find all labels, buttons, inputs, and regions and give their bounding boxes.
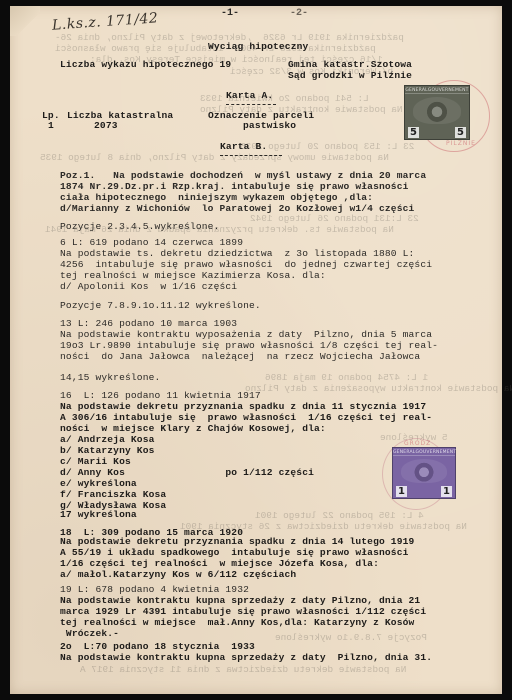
entry-line: Na podstawie kontraktu kupna sprzedaży z… [60, 595, 420, 606]
entry-line: A 55/19 i układu spadkowego intabuluje s… [60, 547, 409, 558]
corner-fold [10, 6, 40, 36]
entry-line: Na podstawie kontraktu wyposażenia z dat… [60, 329, 432, 340]
entry-line: 6 L: 619 podano 14 czerwca 1899 [60, 237, 243, 248]
cadastral-municipality: Gmina katastr.Szotowa [288, 59, 412, 70]
bleed-through-text: Na podstawie kontraktu wyposażenia z dat… [245, 383, 512, 394]
entry-line: 1874 Nr.29.Dz.pr.i Rzp.kraj. intabuluje … [60, 181, 409, 192]
karta-a-row-liczba: 2073 [94, 120, 118, 131]
entry-line: 19o3 Lr.9890 intabuluje się prawo własno… [60, 340, 438, 351]
stamp-value-right: 5 [455, 127, 466, 138]
entry-line: d/ Apolonii Kos w 1/16 części [60, 281, 237, 292]
mortgage-register-number: Liczba wykazu hipotecznego 19 [60, 59, 231, 70]
stamp-label: GENERALGOUVERNEMENT [405, 86, 469, 94]
district-court: Sąd grodzki w Pilźnie [288, 70, 412, 81]
karta-a-heading: Karta A. [226, 90, 273, 101]
revenue-stamp-1: GENERALGOUVERNEMENT 1 1 [392, 447, 456, 499]
bleed-through-text: Na podstawie dekretu dziedzictwa z dnia … [80, 664, 406, 675]
karta-b-underline [220, 155, 282, 156]
karta-a-underline [226, 104, 276, 105]
entry-line: Na podstawie dekretu przyznania spadku z… [60, 536, 414, 547]
entry-line: tej realności w miejsce mał.Anny Kos,dla… [60, 617, 414, 628]
entry-line: tej realności w miejsce Kazimierza Kosa.… [60, 270, 326, 281]
entry-poz-7-12: Pozycje 7.8.9.1o.11.12 wykreślone. [60, 300, 261, 311]
entry-line: e/ wykreślona [60, 478, 137, 489]
karta-a-col-liczba: Liczba katastralna [67, 110, 173, 121]
document-title: Wyciąg hipoteczny [208, 41, 308, 52]
stamp-value-left: 1 [396, 486, 407, 497]
entry-line: ności do Jana Jałowca należącej na rzecz… [60, 351, 420, 362]
entry-line: Na podstawie ts. dekretu dziedzictwa z 3… [60, 248, 414, 259]
entry-line: 1/16 części tej realności w miejsce Józe… [60, 558, 379, 569]
court-seal-text-2: GRODZ [404, 440, 431, 447]
entry-line: c/ Marii Kos [60, 456, 131, 467]
entry-line: 19 L: 678 podano 4 kwietnia 1932 [60, 584, 249, 595]
entry-line: a/ małol.Katarzyny Kos w 6/112 częściach [60, 569, 296, 580]
bleed-through-text: Na podstawie umowy sprzedaży z daty Pilz… [40, 152, 389, 163]
entry-poz-2-5: Pozycje 2.3.4.5.wykreślone. [60, 221, 220, 232]
entry-line: Na podstawie kontraktu kupna sprzedaży z… [60, 652, 432, 663]
entry-line: f/ Franciszka Kosa [60, 489, 166, 500]
entry-line: 2o L:70 podano 18 stycznia 1933 [60, 641, 255, 652]
stamp-label: GENERALGOUVERNEMENT [393, 448, 455, 456]
bleed-through-text: 4 L: 195 podano 22 lutego 1901 [255, 510, 424, 521]
court-seal-text: PILŹNIE [446, 140, 476, 147]
entry-line: d/Marianny z Wichoniów lo Paratowej 2o K… [60, 203, 414, 214]
page-number-2: -2- [290, 8, 308, 19]
entry-line: Wróczek.- [60, 628, 119, 639]
revenue-stamp-5: GENERALGOUVERNEMENT 5 5 [404, 85, 470, 140]
entry-line: d/ Anny Kos po 1/112 części [60, 467, 314, 478]
entry-poz-17: 17 wykreślona [60, 509, 137, 520]
stamp-emblem-icon [413, 97, 461, 124]
stamp-denomination: 5 5 [405, 127, 469, 139]
entry-line: Poz.1. Na podstawie dochodzeń w myśl ust… [60, 170, 426, 181]
entry-poz-14-15: 14,15 wykreślone. [60, 372, 160, 383]
entry-line: 4256 intabuluje się prawo własności do j… [60, 259, 432, 270]
stamp-value-left: 5 [408, 127, 419, 138]
karta-a-row-oznaczenie: pastwisko [243, 120, 296, 131]
entry-line: b/ Katarzyny Kos [60, 445, 155, 456]
bleed-through-text: Pozycje 7.8.9.1o wykreślone [275, 632, 427, 643]
entry-line: ności w miejsce Klary z Chajów Kosowej, … [60, 423, 326, 434]
entry-line: A 306/16 intabuluje się prawo własności … [60, 412, 432, 423]
karta-b-heading: Karta B. [220, 141, 267, 152]
stamp-value-right: 1 [441, 486, 452, 497]
entry-line: 13 L: 246 podano 10 marca 1903 [60, 318, 237, 329]
entry-line: 16 L: 126 podano 11 kwietnia 1917 [60, 390, 261, 401]
karta-a-row-lp: 1 [48, 120, 54, 131]
page-number-1: -1- [221, 8, 239, 19]
bleed-through-text: 23 L:131 podano 26 lutego 1942 [250, 213, 419, 224]
stamp-emblem-icon [401, 459, 447, 483]
entry-line: marca 1929 Lr 4391 intabuluje się prawo … [60, 606, 426, 617]
stamp-denomination: 1 1 [393, 486, 455, 498]
entry-line: Na podstawie dekretu przyznania spadku z… [60, 401, 426, 412]
entry-line: ciała hipotecznego niniejszym wykazem ob… [60, 192, 373, 203]
bleed-through-text: 1 L: 4754 podano 19 maja 1896 [265, 372, 428, 383]
entry-line: a/ Andrzeja Kosa [60, 434, 155, 445]
